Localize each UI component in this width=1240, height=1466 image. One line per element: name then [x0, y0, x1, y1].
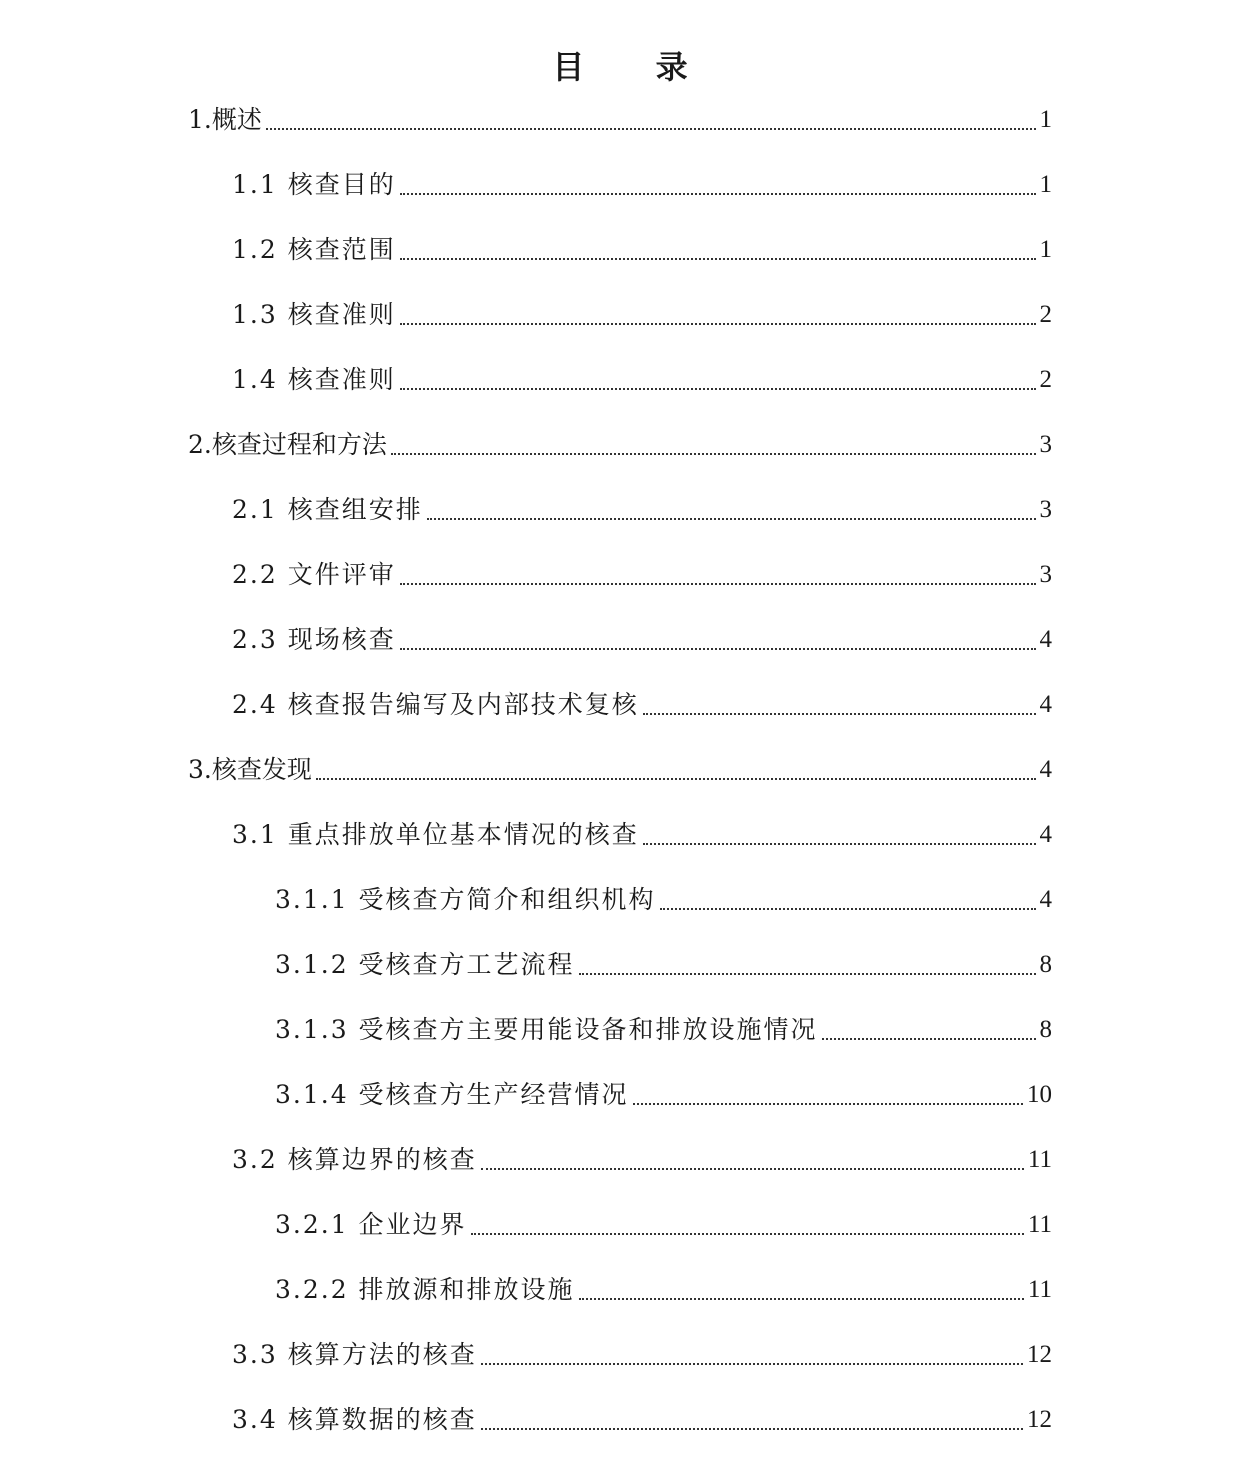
toc-entry-page: 4 [1040, 880, 1053, 920]
dot-leader [643, 843, 1036, 845]
toc-entry[interactable]: 1.4 核查准则2 [232, 360, 1052, 400]
toc-entry[interactable]: 3.1.2 受核查方工艺流程8 [275, 945, 1052, 985]
toc-entry[interactable]: 3.3 核算方法的核查12 [232, 1335, 1052, 1375]
toc-entry-label: 1.2 核查范围 [232, 230, 396, 270]
toc-entry-page: 8 [1040, 945, 1053, 985]
toc-entry-label: 2.1 核查组安排 [232, 490, 423, 530]
toc-entry-page: 2 [1040, 360, 1053, 400]
toc-entry[interactable]: 2.核查过程和方法3 [188, 425, 1052, 465]
dot-leader [400, 193, 1036, 195]
toc-entry[interactable]: 3.2.1 企业边界11 [275, 1205, 1052, 1245]
dot-leader [579, 973, 1036, 975]
toc-entry-label: 1.4 核查准则 [232, 360, 396, 400]
toc-entry-label: 1.概述 [188, 100, 262, 140]
dot-leader [400, 258, 1036, 260]
toc-entry[interactable]: 2.3 现场核查4 [232, 620, 1052, 660]
toc-entry-label: 3.2.2 排放源和排放设施 [275, 1270, 575, 1310]
toc-entry-label: 3.2.1 企业边界 [275, 1205, 467, 1245]
toc-entry-page: 3 [1040, 425, 1053, 465]
toc-entry[interactable]: 3.2.2 排放源和排放设施11 [275, 1270, 1052, 1310]
toc-entry[interactable]: 1.3 核查准则2 [232, 295, 1052, 335]
toc-entry-page: 12 [1027, 1335, 1052, 1375]
dot-leader [400, 583, 1036, 585]
toc-entry-page: 8 [1040, 1010, 1053, 1050]
toc-entry-label: 3.1 重点排放单位基本情况的核查 [232, 815, 639, 855]
dot-leader [427, 518, 1036, 520]
toc-entry-label: 3.核查发现 [188, 750, 312, 790]
toc-entry[interactable]: 3.1 重点排放单位基本情况的核查4 [232, 815, 1052, 855]
dot-leader [822, 1038, 1036, 1040]
toc-entry-label: 1.3 核查准则 [232, 295, 396, 335]
dot-leader [643, 713, 1036, 715]
toc-entry-label: 1.1 核查目的 [232, 165, 396, 205]
toc-entry-label: 2.核查过程和方法 [188, 425, 387, 465]
page-title: 目 录 [0, 42, 1240, 88]
dot-leader [266, 128, 1036, 130]
toc-entry-page: 3 [1040, 490, 1053, 530]
dot-leader [316, 778, 1036, 780]
toc-entry-page: 11 [1028, 1140, 1052, 1180]
toc-entry[interactable]: 3.2 核算边界的核查11 [232, 1140, 1052, 1180]
dot-leader [400, 388, 1036, 390]
toc-entry-label: 3.1.3 受核查方主要用能设备和排放设施情况 [275, 1010, 818, 1050]
toc-entry-label: 3.4 核算数据的核查 [232, 1400, 477, 1440]
toc-entry-page: 2 [1040, 295, 1053, 335]
toc-entry-label: 3.2 核算边界的核查 [232, 1140, 477, 1180]
toc-entry-page: 1 [1040, 165, 1053, 205]
toc-entry-label: 3.3 核算方法的核查 [232, 1335, 477, 1375]
dot-leader [579, 1298, 1024, 1300]
toc-entry-page: 1 [1040, 230, 1053, 270]
toc-entry-page: 11 [1028, 1205, 1052, 1245]
toc-entry-label: 3.1.2 受核查方工艺流程 [275, 945, 575, 985]
toc-entry-label: 3.1.1 受核查方简介和组织机构 [275, 880, 656, 920]
dot-leader [481, 1363, 1023, 1365]
toc-entry-page: 1 [1040, 100, 1053, 140]
toc-entry[interactable]: 3.核查发现4 [188, 750, 1052, 790]
toc-entry[interactable]: 3.1.4 受核查方生产经营情况10 [275, 1075, 1052, 1115]
toc-entry-page: 4 [1040, 750, 1053, 790]
dot-leader [633, 1103, 1023, 1105]
toc-entry[interactable]: 2.1 核查组安排3 [232, 490, 1052, 530]
toc-entry[interactable]: 2.4 核查报告编写及内部技术复核4 [232, 685, 1052, 725]
toc-entry-label: 3.1.4 受核查方生产经营情况 [275, 1075, 629, 1115]
dot-leader [400, 323, 1036, 325]
toc-entry-page: 12 [1027, 1400, 1052, 1440]
toc-entry[interactable]: 3.1.1 受核查方简介和组织机构4 [275, 880, 1052, 920]
toc-entry-page: 4 [1040, 685, 1053, 725]
toc-entry[interactable]: 1.1 核查目的1 [232, 165, 1052, 205]
toc-entry-label: 2.4 核查报告编写及内部技术复核 [232, 685, 639, 725]
toc-entry[interactable]: 1.2 核查范围1 [232, 230, 1052, 270]
toc-entry[interactable]: 3.1.3 受核查方主要用能设备和排放设施情况8 [275, 1010, 1052, 1050]
dot-leader [391, 453, 1036, 455]
toc-entry[interactable]: 2.2 文件评审3 [232, 555, 1052, 595]
toc-entry-label: 2.3 现场核查 [232, 620, 396, 660]
dot-leader [471, 1233, 1024, 1235]
toc-entry-page: 3 [1040, 555, 1053, 595]
dot-leader [481, 1428, 1023, 1430]
dot-leader [481, 1168, 1024, 1170]
toc-entry-page: 10 [1027, 1075, 1052, 1115]
toc-entry-page: 11 [1028, 1270, 1052, 1310]
toc-entry-page: 4 [1040, 620, 1053, 660]
toc-entry[interactable]: 1.概述1 [188, 100, 1052, 140]
toc-entry-page: 4 [1040, 815, 1053, 855]
dot-leader [400, 648, 1036, 650]
toc-entry-label: 2.2 文件评审 [232, 555, 396, 595]
dot-leader [660, 908, 1036, 910]
toc-entry[interactable]: 3.4 核算数据的核查12 [232, 1400, 1052, 1440]
